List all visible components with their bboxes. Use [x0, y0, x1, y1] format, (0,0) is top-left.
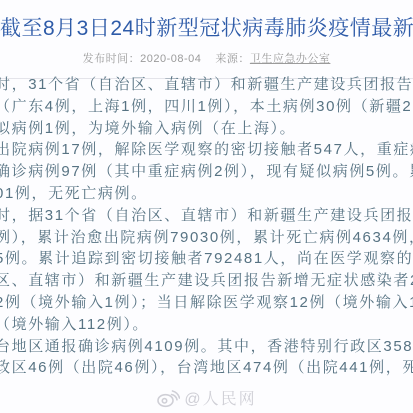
article-body: 时，31个省（自治区、直辖市）和新疆生产建设兵团报告新增确 （广东4例，上海1例…: [0, 74, 413, 379]
body-text-line: 01例，无死亡病例。: [0, 183, 413, 205]
article-meta: 发布时间：2020-08-04来源：卫生应急办公室: [0, 50, 413, 66]
body-text-line: 例），累计治愈出院病例79030例，累计死亡病例4634例，累计报: [0, 227, 413, 249]
body-text-line: 台地区通报确诊病例4109例。其中，香港特别行政区3589例（出: [0, 336, 413, 358]
source-label: 来源：: [215, 53, 250, 65]
body-text-line: 出院病例17例，解除医学观察的密切接触者547人，重症病例较前: [0, 139, 413, 161]
weibo-icon: [156, 388, 180, 408]
body-text-line: 时，31个省（自治区、直辖市）和新疆生产建设兵团报告新增确: [0, 74, 413, 96]
body-text-line: 2例（境外输入1例）；当日解除医学观察12例（境外输入1例）；: [0, 292, 413, 314]
watermark-handle: @人民网: [184, 391, 256, 408]
body-text-line: 政区46例（出院46例），台湾地区474例（出院441例，死亡7例）: [0, 357, 413, 379]
body-text-line: 5例。累计追踪到密切接触者792481人，尚在医学观察的密切接触: [0, 248, 413, 270]
article-page: 截至8月3日24时新型冠状病毒肺炎疫情最新情况 发布时间：2020-08-04来…: [0, 0, 413, 413]
article-title: 截至8月3日24时新型冠状病毒肺炎疫情最新情况: [0, 0, 413, 42]
publish-time-label: 发布时间：: [83, 53, 141, 65]
body-text-line: 似病例1例，为境外输入病例（在上海）。: [0, 118, 413, 140]
body-text-line: （境外输入112例）。: [0, 314, 413, 336]
watermark: @人民网: [0, 386, 413, 409]
body-text-line: （广东4例，上海1例，四川1例），本土病例30例（新疆28例，辽: [0, 96, 413, 118]
publish-date: 2020-08-04: [140, 53, 201, 65]
body-text-line: 确诊病例97例（其中重症病例2例），现有疑似病例5例。累计确: [0, 161, 413, 183]
body-text-line: 区、直辖市）和新疆生产建设兵团报告新增无症状感染者21例（: [0, 270, 413, 292]
body-text-line: 时，据31个省（自治区、直辖市）和新疆生产建设兵团报告，现: [0, 205, 413, 227]
source-link[interactable]: 卫生应急办公室: [250, 53, 331, 65]
